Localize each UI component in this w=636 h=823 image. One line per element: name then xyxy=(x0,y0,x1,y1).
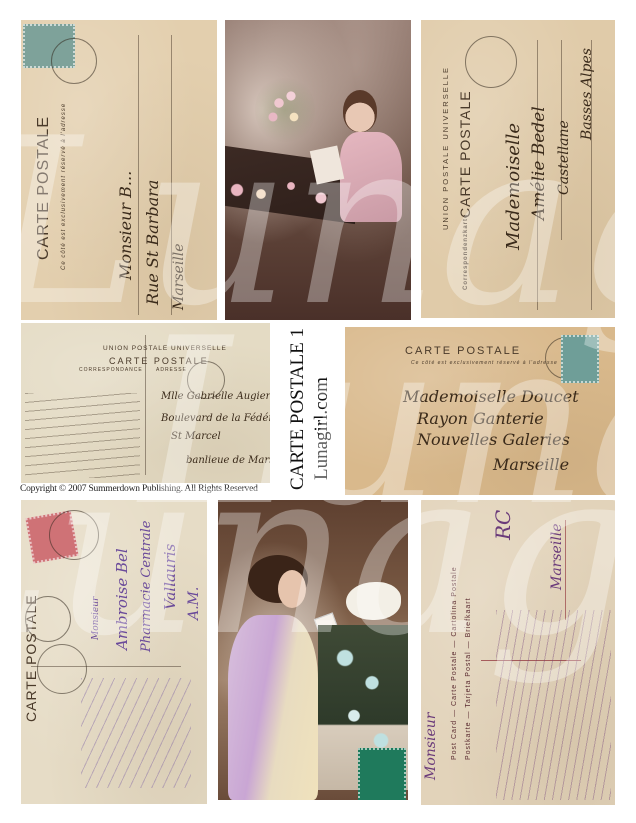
divider-line xyxy=(31,666,181,667)
dove xyxy=(346,582,401,620)
printed-title: CARTE POSTALE xyxy=(35,116,53,260)
handwriting-line: Mlle Gabrielle Augier xyxy=(161,391,270,402)
photo-woman-with-dove xyxy=(218,500,408,800)
handwriting-line: Rue St Barbara xyxy=(143,180,162,305)
printed-title: CARTE POSTALE xyxy=(457,90,473,218)
handwriting-line: Castellane xyxy=(556,120,572,195)
divider-line xyxy=(145,335,146,475)
printed-line: Postkarte — Tarjeta Postal — Briefkaart xyxy=(465,597,472,760)
handwriting-line: Pharmacie Centrale xyxy=(139,521,154,652)
handwriting-line: banlieue de Marseille xyxy=(186,455,270,466)
handwriting-line: Monsieur xyxy=(91,597,101,640)
stamp-icon xyxy=(561,335,599,383)
handwriting-line: Amélie Bedel xyxy=(529,106,549,220)
handwriting-line: Monsieur xyxy=(423,713,439,780)
sheet-label: CARTE POSTALE 1 Lunagirl.com xyxy=(286,328,334,490)
divider-line xyxy=(565,520,566,620)
printed-sub: ADRESSE xyxy=(156,367,187,373)
woman-dress xyxy=(228,615,318,800)
letter xyxy=(310,145,344,184)
postmark-icon xyxy=(49,510,99,560)
printed-subtitle: Ce côté est exclusivement réservé à l'ad… xyxy=(411,360,558,366)
woman-face xyxy=(278,570,306,608)
printed-header: UNION POSTALE UNIVERSELLE xyxy=(103,345,227,352)
handwriting-line: Nouvelles Galeries xyxy=(417,430,570,449)
message-scribble xyxy=(496,610,611,800)
copyright-notice: Copyright © 2007 Summerdown Publishing. … xyxy=(20,484,258,494)
handwriting-line: A.M. xyxy=(186,587,202,620)
postcard-top-right: UNION POSTALE UNIVERSELLE CARTE POSTALE … xyxy=(421,20,615,318)
handwriting-line: Rayon Ganterie xyxy=(417,409,544,428)
printed-sub: CORRESPONDANCE xyxy=(79,367,143,373)
message-scribble xyxy=(25,393,140,478)
handwriting-line: St Marcel xyxy=(171,431,221,442)
postcard-top-left: CARTE POSTALE Ce côté est exclusivement … xyxy=(21,20,217,320)
handwriting-line: Ambroise Bel xyxy=(113,548,131,650)
postcard-mid-left: UNION POSTALE UNIVERSELLE CARTE POSTALE … xyxy=(21,323,270,483)
handwriting-line: Marseille xyxy=(171,243,187,310)
printed-line: Post Card — Carte Postale — Cartolina Po… xyxy=(451,566,458,760)
sheet-title: CARTE POSTALE 1 xyxy=(286,328,310,490)
address-line xyxy=(138,35,139,315)
handwriting-line: Mademoiselle xyxy=(503,123,524,250)
stamp-icon xyxy=(358,748,406,800)
sheet-site: Lunagirl.com xyxy=(310,328,334,490)
postmark-icon xyxy=(51,38,97,84)
handwriting-line: Basses Alpes xyxy=(579,48,595,140)
postmark-icon xyxy=(465,36,517,88)
handwriting-line: Mademoiselle Doucet xyxy=(403,387,579,406)
message-scribble xyxy=(81,678,191,788)
printed-sub: Correspondenzkarte xyxy=(463,214,469,290)
photo-woman-reading-letter xyxy=(225,20,411,320)
postcard-mid-right: CARTE POSTALE Ce côté est exclusivement … xyxy=(345,327,615,495)
handwriting-line: Boulevard de la Fédération xyxy=(161,413,270,424)
printed-title: CARTE POSTALE xyxy=(23,594,39,722)
handwriting-line: RC xyxy=(491,510,515,540)
handwriting-line: Marseille xyxy=(549,523,565,590)
postcard-bottom-left: CARTE POSTALE Monsieur Ambroise Bel Phar… xyxy=(21,500,207,804)
woman-dress xyxy=(340,132,402,222)
postmark-icon xyxy=(37,644,87,694)
printed-subtitle: Ce côté est exclusivement réservé à l'ad… xyxy=(61,103,67,270)
woman-head xyxy=(343,90,377,132)
printed-header: UNION POSTALE UNIVERSELLE xyxy=(441,66,450,230)
handwriting-line: Marseille xyxy=(493,455,569,474)
printed-title: CARTE POSTALE xyxy=(405,345,521,357)
postcard-bottom-right: Post Card — Carte Postale — Cartolina Po… xyxy=(421,500,615,805)
handwriting-line: Vallauris xyxy=(161,544,179,610)
handwriting-line: Monsieur B... xyxy=(116,171,135,280)
flower-bouquet xyxy=(255,75,315,145)
